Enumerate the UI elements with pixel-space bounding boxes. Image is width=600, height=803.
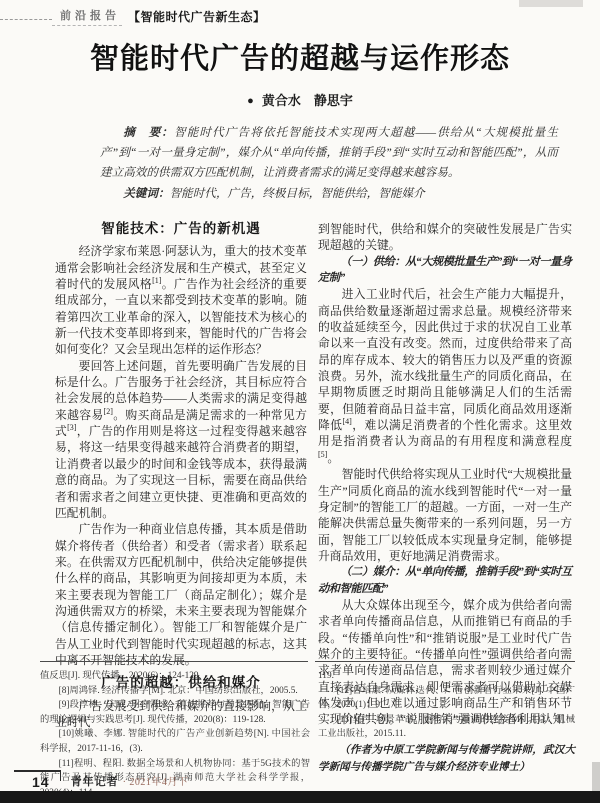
footnotes-right: 119. [12]鲁培康. 从媒体迭代、广告创新看行业未来[J]. 中国广告，2… (318, 669, 575, 777)
footnote-entry: [10]姚曦、李娜. 智能时代的广告产业创新趋势[N]. 中国社会科学报，201… (40, 727, 310, 756)
abstract-text: 摘 要：智能时代广告将依托智能技术实现两大超越——供给从“大规模批量生产”到“一… (100, 123, 558, 183)
author-bio: （作者为中原工学院新闻与传播学院讲师，武汉大学新闻与传播学院广告与媒介经济专业博… (318, 742, 575, 777)
paragraph: 智能时代供给将实现从工业时代“大规模批量生产”同质化商品的流水线到智能时代“一对… (318, 466, 572, 564)
author-bullet-icon: ● (247, 95, 254, 107)
page-number: 14 (14, 770, 60, 790)
edition-tag: 前沿报告 (52, 7, 122, 26)
paragraph: 要回答上述问题，首先要明确广告发展的目标是什么。广告服务于社会经济，其目标应符合… (55, 358, 307, 521)
section-heading-1: 智能技术：广告的新机遇 (55, 221, 307, 237)
body-column-right: 到智能时代，供给和媒介的突破性发展是广告实现超越的关键。 （一）供给：从“大规模… (318, 221, 572, 728)
abstract-label: 摘 要： (123, 126, 174, 139)
paragraph-continuation: 到智能时代，供给和媒介的突破性发展是广告实现超越的关键。 (318, 221, 572, 254)
scanned-page: 前沿报告 【智能时代广告新生态】 智能时代广告的超越与运作形态 ●黄合水 静思宇… (0, 0, 600, 803)
paragraph: 广告作为一种商业信息传播，其本质是借助媒介将传者（供给者）和受者（需求者）联系起… (55, 521, 307, 668)
page-header: 前沿报告 【智能时代广告新生态】 (0, 7, 266, 25)
journal-name: 青年记者 (71, 773, 119, 789)
authors-line: ●黄合水 静思宇 (0, 90, 600, 109)
paragraph: 经济学家布莱恩·阿瑟认为，重大的技术变革通常会影响社会经济发展和生产模式，甚至定… (55, 243, 307, 357)
author-names: 黄合水 静思宇 (262, 93, 353, 108)
subsection-heading-2: （二）媒介：从“单向传播，推销手段”到“实时互动和智能匹配” (318, 564, 572, 597)
abstract-block: 摘 要：智能时代广告将依托智能技术实现两大超越——供给从“大规模批量生产”到“一… (100, 123, 558, 204)
journal-line: 青年记者 · 2021年4月下 (71, 773, 189, 789)
footnote-entry: 值反思[J]. 现代传播，2020(6)：124-129. (40, 669, 310, 684)
footnote-rule-left (40, 661, 308, 662)
footnote-entry: [13]吴声. 场景革命：重构人与商业的连接[M]. 北京：机械工业出版社，20… (318, 713, 575, 742)
subsection-heading-1: （一）供给：从“大规模批量生产”到“一对一量身定制” (318, 254, 572, 287)
scan-artifact-top-right (519, 0, 583, 7)
journal-issue: · 2021年4月下 (123, 773, 189, 788)
body-column-left: 智能技术：广告的新机遇 经济学家布莱恩·阿瑟认为，重大的技术变革通常会影响社会经… (55, 221, 307, 730)
keywords-label: 关键词： (123, 187, 169, 200)
footnote-entry: [8]周鸿铎. 经济传播学[M]. 北京：中国纺织出版社，2005.5. (40, 684, 310, 699)
footnote-entry: 119. (318, 669, 575, 684)
article-title: 智能时代广告的超越与运作形态 (0, 36, 600, 77)
footer-tick-line (60, 770, 61, 781)
page-footer: 14 青年记者 · 2021年4月下 (14, 770, 188, 790)
footnote-entry: [9]段淳林、宋成. 用户需求、算法推荐与场景匹配：智能广告的理论逻辑与实践思考… (40, 698, 310, 727)
footnote-rule-right (315, 661, 575, 662)
header-dash-line (0, 19, 52, 20)
scan-artifact-bottom-bar (0, 791, 600, 803)
footnote-entry: [12]鲁培康. 从媒体迭代、广告创新看行业未来[J]. 中国广告，2020(1… (318, 684, 575, 713)
paragraph: 进入工业时代后，社会生产能力大幅提升，商品供给数量逐渐超过需求总量。规模经济带来… (318, 286, 572, 466)
keywords-line: 关键词：智能时代，广告，终极目标，智能供给，智能媒介 (100, 184, 558, 204)
column-tag: 【智能时代广告新生态】 (128, 8, 266, 25)
scan-artifact-right-edge (592, 762, 600, 792)
